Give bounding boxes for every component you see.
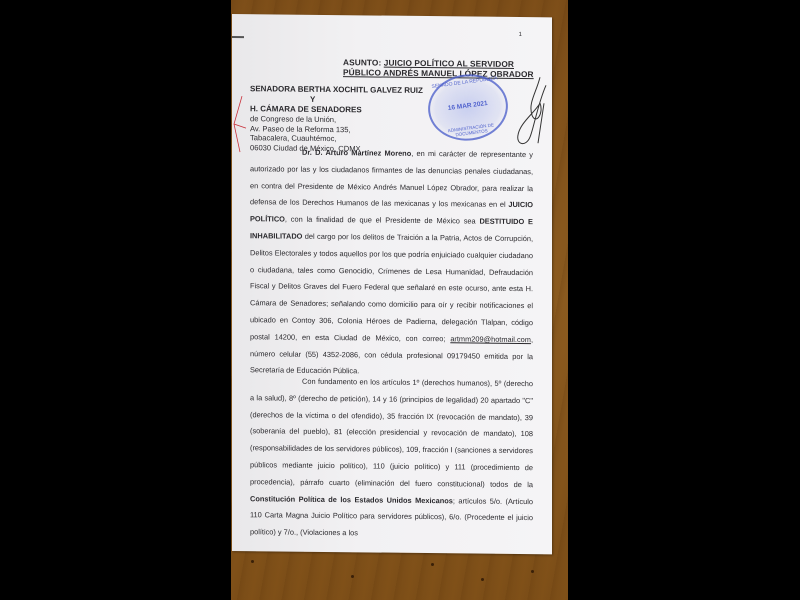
red-pen-mark-icon [228,94,248,154]
document-page: 1 ASUNTO: JUICIO POLÍTICO AL SERVIDOR PÚ… [232,14,552,554]
paragraph2-text-1: Con fundamento en los artículos 1º (dere… [250,377,533,489]
representative-name: Dr. D. Arturo Martínez Moreno [302,148,411,158]
stamp-bottom-text: ADMINISTRACIÓN DE DOCUMENTOS [433,120,510,140]
subject-heading: ASUNTO: JUICIO POLÍTICO AL SERVIDOR PÚBL… [343,57,534,79]
subject-label: ASUNTO: [343,57,381,67]
paragraph-legal-basis: Con fundamento en los artículos 1º (dere… [250,373,533,544]
paragraph1-text-2: , con la finalidad de que el Presidente … [285,215,480,226]
stamp-date: 16 MAR 2021 [430,98,506,115]
paragraph1-text-1: , en mi carácter de representante y auto… [250,149,533,209]
email-link[interactable]: artmm209@hotmail.com [450,334,531,344]
reception-stamp: SENADO DE LA REPÚBLICA 16 MAR 2021 ADMIN… [424,70,512,146]
subject-line-2: PÚBLICO ANDRÉS MANUEL LÓPEZ OBRADOR [343,67,534,79]
paragraph-representation: Dr. D. Arturo Martínez Moreno, en mi car… [250,144,533,382]
addressee-senator: SENADORA BERTHA XOCHITL GALVEZ RUIZ [250,84,423,96]
paragraph1-text-3: del cargo por los delitos de Traición a … [250,232,533,343]
edge-mark [232,36,244,38]
paragraph2-bold-1: Constitución Política de los Estados Uni… [250,494,453,505]
signature-icon [510,73,550,153]
page-number: 1 [519,32,522,38]
